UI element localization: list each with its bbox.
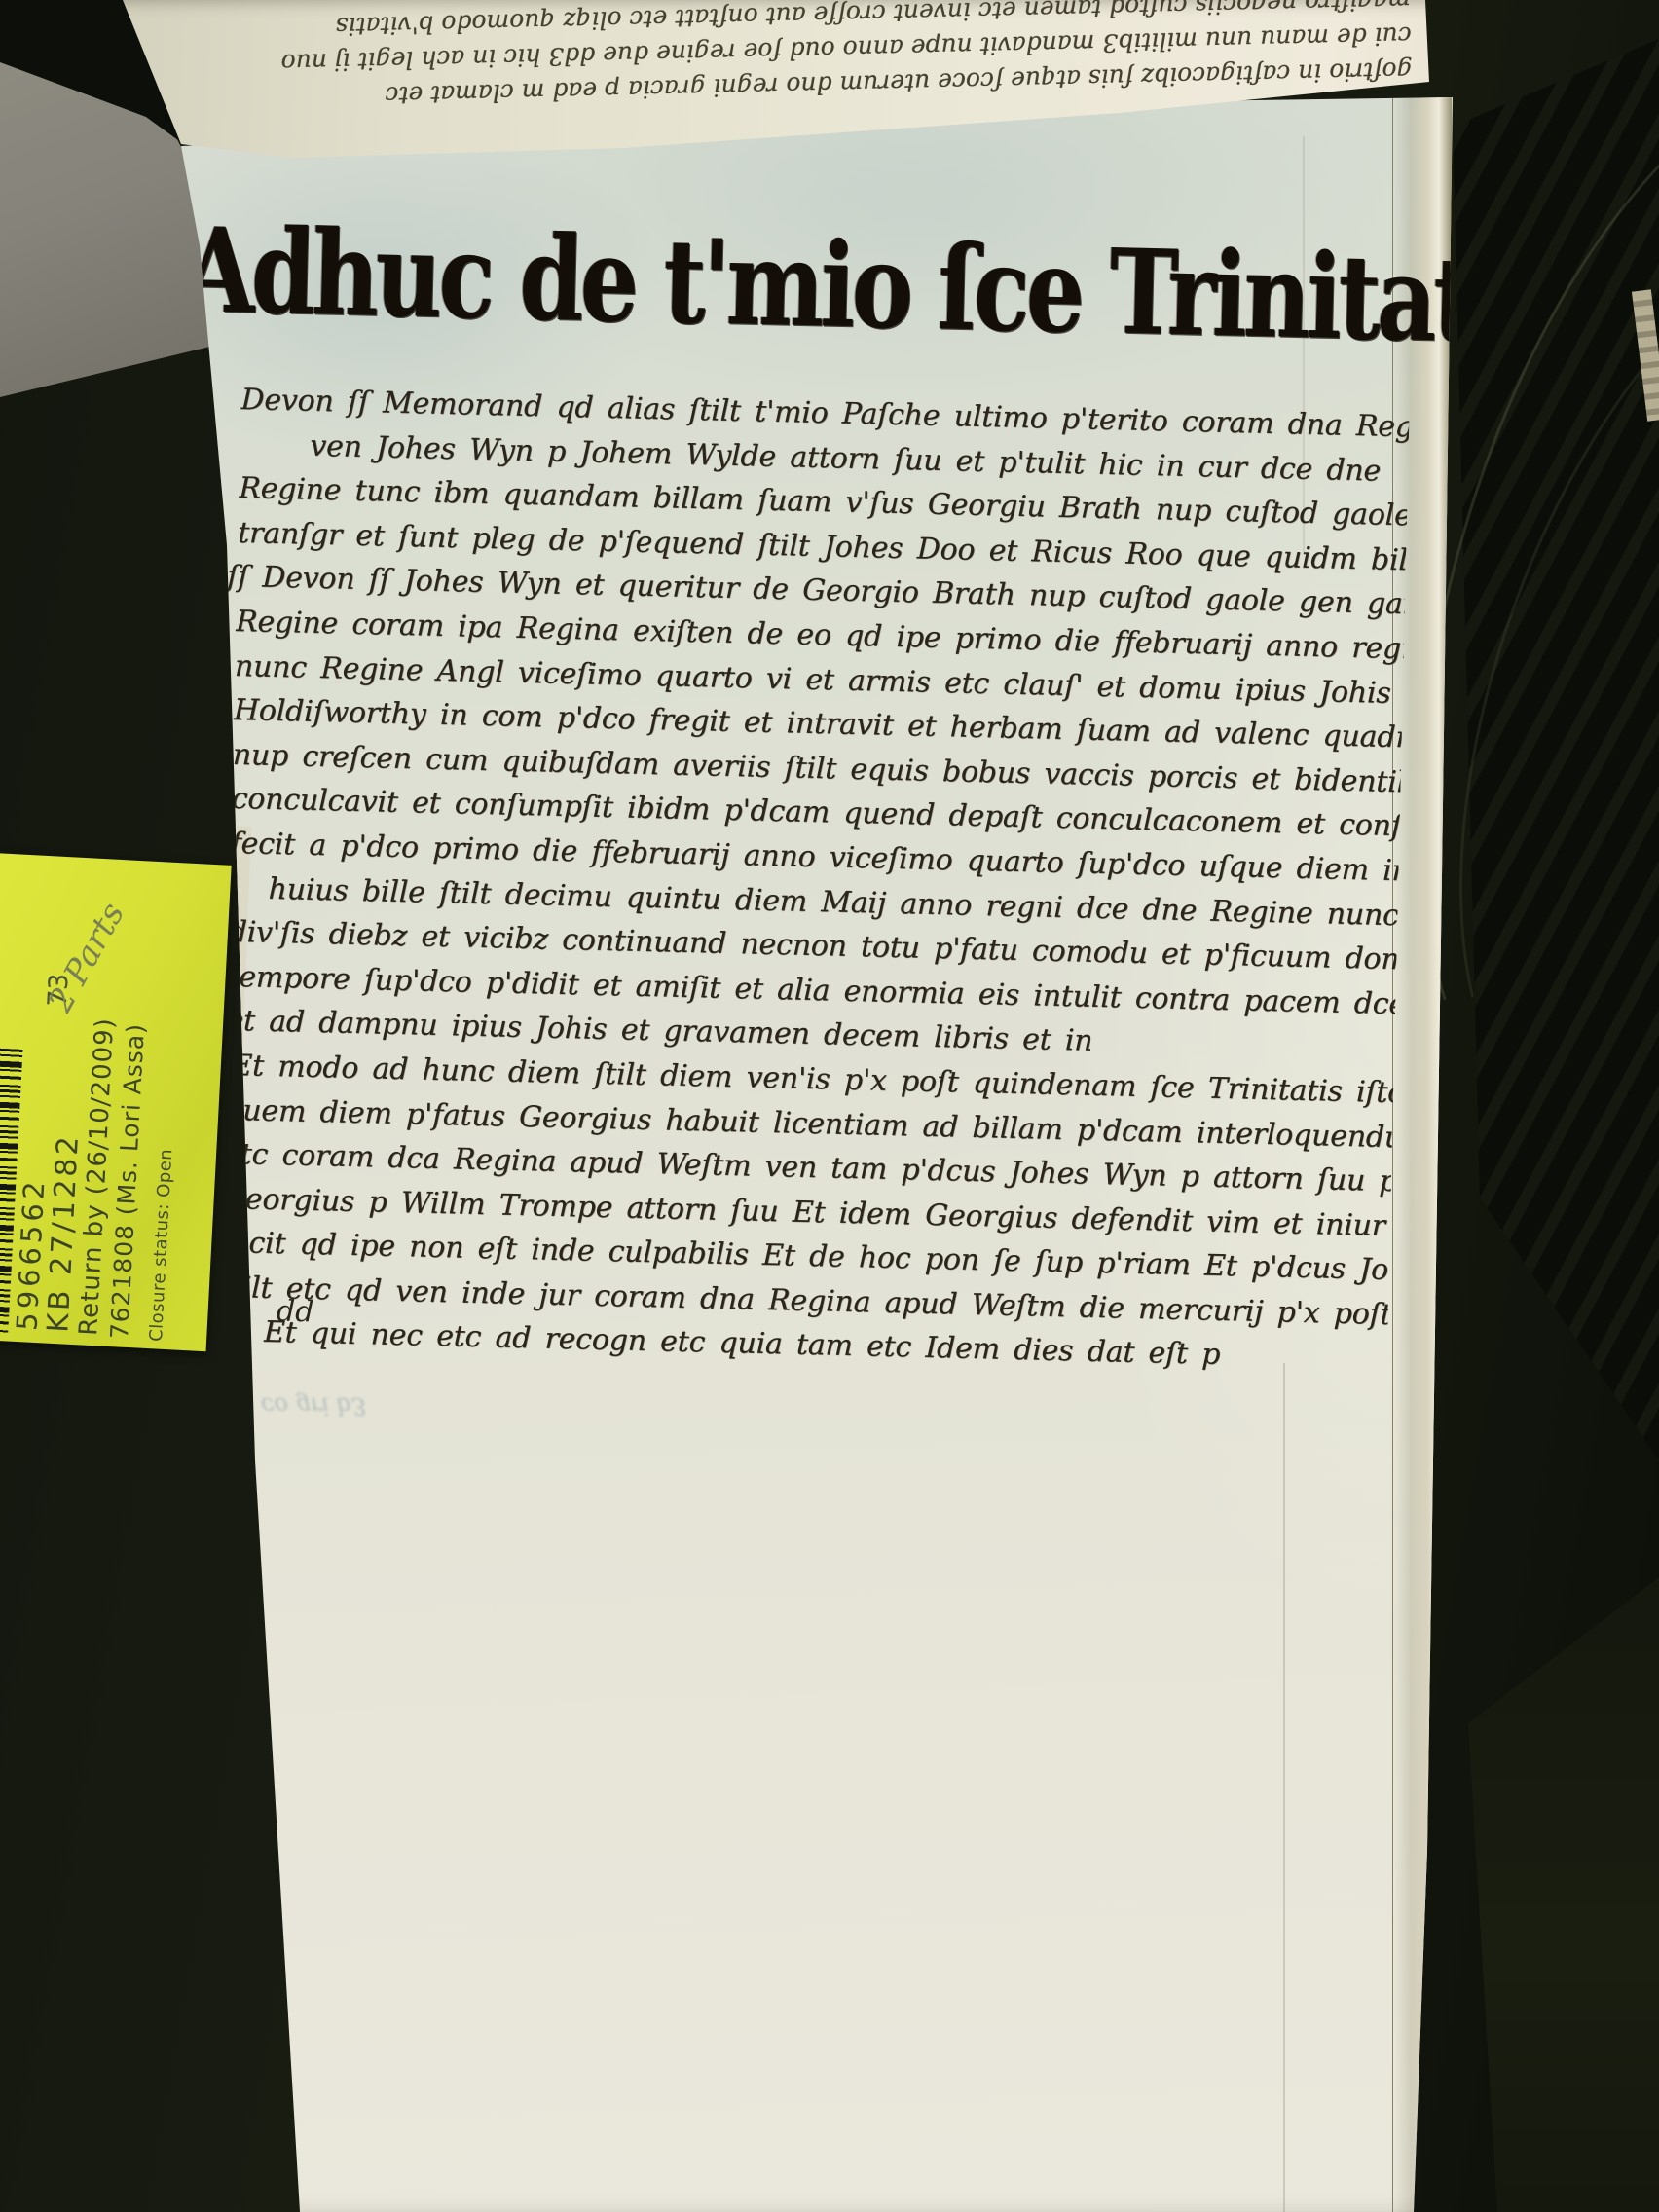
label-handwritten-note: 2 Parts xyxy=(41,897,132,1019)
background-light-band xyxy=(1460,1558,1659,2212)
parchment-page: co gri b3 p de hre ſo dm q3 de p'me co q… xyxy=(0,0,1659,2212)
marginal-process-mark: dd xyxy=(276,1295,314,1330)
archive-label: 5966562 KB 27/1282 Return by (26/10/2009… xyxy=(0,853,232,1351)
manuscript-text-block: Devon ſſ Memorand qd alias ſtilt t'mio P… xyxy=(218,378,1409,1382)
photograph-of-plea-roll: 5966562 KB 27/1282 Return by (26/10/2009… xyxy=(0,0,1659,2212)
show-through-text: co gri b3 xyxy=(261,1392,366,1419)
term-heading-text: Adhuc de t'mio ſce Trinitat' xyxy=(182,203,1498,370)
parchment-crease xyxy=(1283,1363,1285,2212)
label-closure-status: Closure status: Open xyxy=(146,1148,176,1342)
inverted-manuscript-lines: goſtrio in caſtigacoibz ſuis atque ſcoce… xyxy=(145,0,1413,119)
